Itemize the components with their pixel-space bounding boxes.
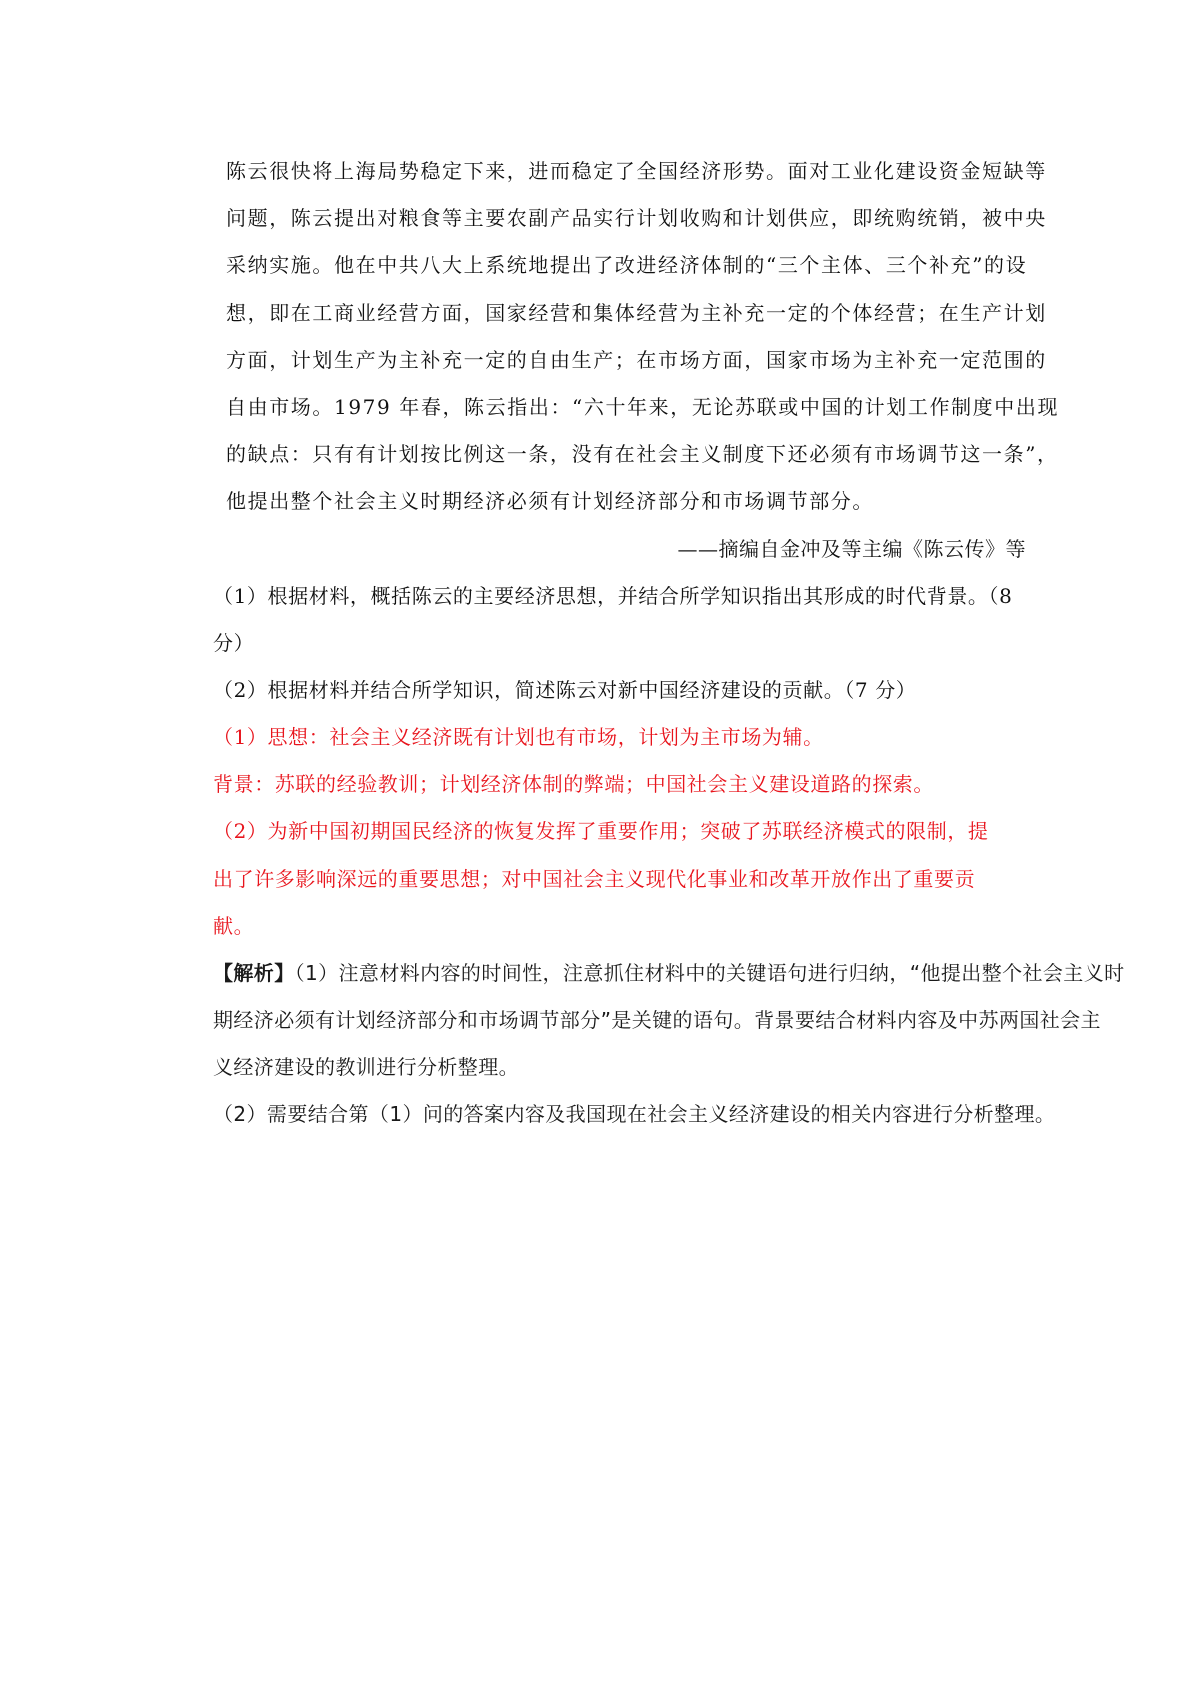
analysis-text: （1）注意材料内容的时间性，注意抓住材料中的关键语句进行归纳，“他提出整个社会主… (295, 961, 1125, 985)
answer-2-line: 献。 (213, 913, 254, 939)
material-line: 采纳实施。他在中共八大上系统地提出了改进经济体制的“三个主体、三个补充”的设 (226, 252, 1027, 278)
material-line: 方面，计划生产为主补充一定的自由生产；在市场方面，国家市场为主补充一定范围的 (226, 347, 1047, 373)
material-line: 他提出整个社会主义时期经济必须有计划经济部分和市场调节部分。 (226, 488, 874, 514)
analysis-line: 义经济建设的教训进行分析整理。 (213, 1054, 519, 1080)
answer-1-background: 背景：苏联的经验教训；计划经济体制的弊端；中国社会主义建设道路的探索。 (213, 771, 934, 797)
answer-1-thought: （1）思想：社会主义经济既有计划也有市场，计划为主市场为辅。 (213, 724, 824, 750)
analysis-label: 【解析】 (213, 961, 295, 985)
analysis-line: （2）需要结合第（1）问的答案内容及我国现在社会主义经济建设的相关内容进行分析整… (213, 1101, 1055, 1127)
material-line: 的缺点：只有有计划按比例这一条，没有在社会主义制度下还必须有市场调节这一条”， (226, 441, 1059, 467)
question-1-continued: 分） (213, 630, 254, 656)
answer-2-line: 出了许多影响深远的重要思想；对中国社会主义现代化事业和改革开放作出了重要贡 (213, 866, 975, 892)
material-line: 自由市场。1979 年春，陈云指出：“六十年来，无论苏联或中国的计划工作制度中出… (226, 394, 1059, 420)
material-line: 想，即在工商业经营方面，国家经营和集体经营为主补充一定的个体经营；在生产计划 (226, 300, 1047, 326)
analysis-line: 【解析】（1）注意材料内容的时间性，注意抓住材料中的关键语句进行归纳，“他提出整… (213, 960, 1125, 986)
material-line: 问题，陈云提出对粮食等主要农副产品实行计划收购和计划供应，即统购统销，被中央 (226, 205, 1047, 231)
question-1: （1）根据材料，概括陈云的主要经济思想，并结合所学知识指出其形成的时代背景。（8 (213, 583, 1012, 609)
source-citation: ——摘编自金冲及等主编《陈云传》等 (678, 536, 1027, 562)
question-2: （2）根据材料并结合所学知识，简述陈云对新中国经济建设的贡献。（7 分） (213, 677, 916, 703)
material-line: 陈云很快将上海局势稳定下来，进而稳定了全国经济形势。面对工业化建设资金短缺等 (226, 158, 1047, 184)
analysis-line: 期经济必须有计划经济部分和市场调节部分”是关键的语句。背景要结合材料内容及中苏两… (213, 1007, 1101, 1033)
document-page: 陈云很快将上海局势稳定下来，进而稳定了全国经济形势。面对工业化建设资金短缺等 问… (0, 0, 1200, 1698)
answer-2-line: （2）为新中国初期国民经济的恢复发挥了重要作用；突破了苏联经济模式的限制，提 (213, 818, 989, 844)
